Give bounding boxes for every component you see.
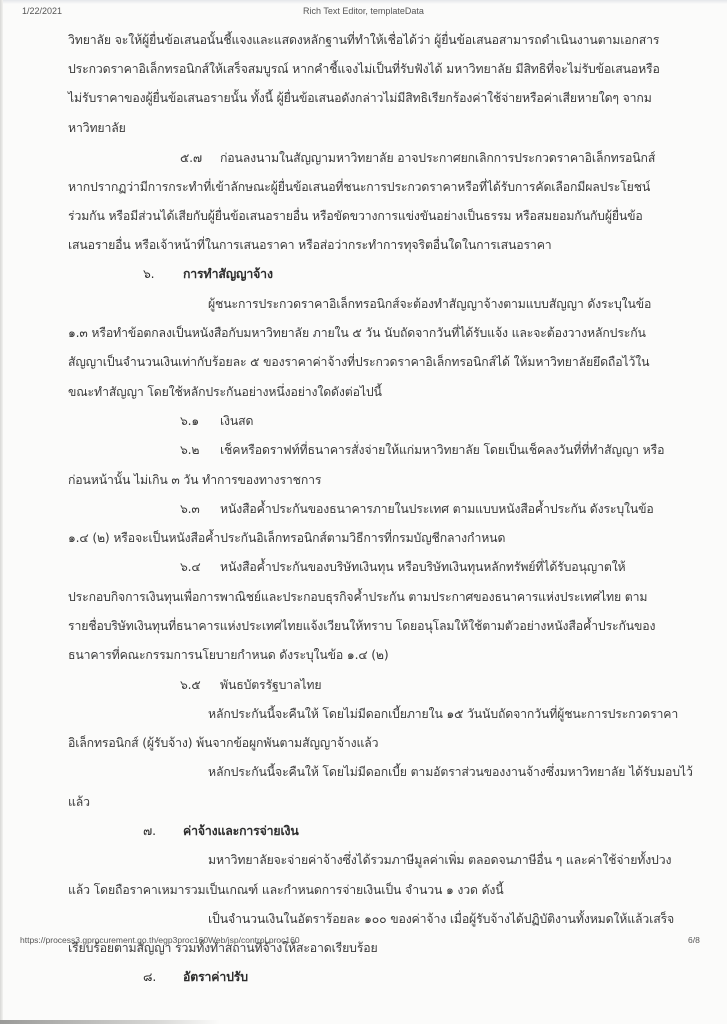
clause-number: ๗. bbox=[143, 823, 183, 839]
clause-number: ๖. bbox=[143, 266, 183, 282]
line-text: เงินสด bbox=[220, 414, 253, 428]
line-text: ขณะทำสัญญา โดยใช้หลักประกันอย่างหนึ่งอย่… bbox=[68, 385, 382, 399]
clause-number: ๖.๓ bbox=[180, 501, 220, 517]
line-text: หนังสือค้ำประกันของบริษัทเงินทุน หรือบริ… bbox=[220, 560, 626, 574]
text-line: เสนอรายอื่น หรือเจ้าหน้าที่ในการเสนอราคา… bbox=[68, 237, 552, 253]
line-text: มหาวิทยาลัยจะจ่ายค่าจ้างซึ่งได้รวมภาษีมู… bbox=[208, 853, 671, 867]
text-line: มหาวิทยาลัยจะจ่ายค่าจ้างซึ่งได้รวมภาษีมู… bbox=[208, 852, 671, 868]
text-line: ๖.๔หนังสือค้ำประกันของบริษัทเงินทุน หรือ… bbox=[180, 559, 626, 575]
line-text: เป็นจำนวนเงินในอัตราร้อยละ ๑๐๐ ของค่าจ้า… bbox=[208, 912, 674, 926]
text-line: ผู้ชนะการประกวดราคาอิเล็กทรอนิกส์จะต้องท… bbox=[208, 296, 651, 312]
text-line: ธนาคารที่คณะกรรมการนโยบายกำหนด ดังระบุใน… bbox=[68, 647, 389, 663]
line-text: ไม่รับราคาของผู้ยื่นข้อเสนอรายนั้น ทั้งน… bbox=[68, 91, 652, 105]
line-text: แล้ว bbox=[68, 795, 90, 809]
line-text: อัตราค่าปรับ bbox=[183, 970, 248, 984]
text-line: เป็นจำนวนเงินในอัตราร้อยละ ๑๐๐ ของค่าจ้า… bbox=[208, 911, 674, 927]
line-text: หนังสือค้ำประกันของธนาคารภายในประเทศ ตาม… bbox=[220, 502, 654, 516]
text-line: ๖.๒เช็คหรือดราฟท์ที่ธนาคารสั่งจ่ายให้แก่… bbox=[180, 442, 664, 458]
print-footer-url: https://process3.gprocurement.go.th/egp3… bbox=[20, 935, 300, 945]
page-number: 6/8 bbox=[688, 935, 700, 945]
clause-number: ๖.๑ bbox=[180, 413, 220, 429]
line-text: หลักประกันนี้จะคืนให้ โดยไม่มีดอกเบี้ย ต… bbox=[208, 765, 693, 779]
scan-left-edge bbox=[0, 0, 3, 1024]
text-line: วิทยาลัย จะให้ผู้ยื่นข้อเสนอนั้นชี้แจงแล… bbox=[68, 32, 659, 48]
text-line: แล้ว bbox=[68, 794, 90, 810]
scan-artifact bbox=[0, 1020, 220, 1024]
clause-number: ๘. bbox=[143, 969, 183, 985]
line-text: ๑.๓ หรือทำข้อตกลงเป็นหนังสือกับมหาวิทยาล… bbox=[68, 326, 646, 340]
line-text: หากปรากฏว่ามีการกระทำที่เข้าลักษณะผู้ยื่… bbox=[68, 180, 650, 194]
line-text: หลักประกันนี้จะคืนให้ โดยไม่มีดอกเบี้ยภา… bbox=[208, 707, 678, 721]
text-line: หาวิทยาลัย bbox=[68, 120, 126, 136]
line-text: การทำสัญญาจ้าง bbox=[183, 267, 273, 281]
line-text: ประกอบกิจการเงินทุนเพื่อการพาณิชย์และประ… bbox=[68, 590, 647, 604]
line-text: รายชื่อบริษัทเงินทุนที่ธนาคารแห่งประเทศไ… bbox=[68, 619, 655, 633]
scan-top-edge bbox=[0, 0, 727, 4]
text-line: สัญญาเป็นจำนวนเงินเท่ากับร้อยละ ๕ ของราค… bbox=[68, 354, 649, 370]
line-text: ธนาคารที่คณะกรรมการนโยบายกำหนด ดังระบุใน… bbox=[68, 648, 389, 662]
line-text: ก่อนหน้านั้น ไม่เกิน ๓ วัน ทำการของทางรา… bbox=[68, 473, 321, 487]
line-text: วิทยาลัย จะให้ผู้ยื่นข้อเสนอนั้นชี้แจงแล… bbox=[68, 33, 659, 47]
line-text: ร่วมกัน หรือมีส่วนได้เสียกับผู้ยื่นข้อเส… bbox=[68, 209, 643, 223]
section-heading: ๖.การทำสัญญาจ้าง bbox=[143, 266, 273, 282]
print-header-title: Rich Text Editor, templateData bbox=[0, 6, 727, 16]
clause-number: ๖.๒ bbox=[180, 442, 220, 458]
line-text: พันธบัตรรัฐบาลไทย bbox=[220, 678, 321, 692]
text-line: หากปรากฏว่ามีการกระทำที่เข้าลักษณะผู้ยื่… bbox=[68, 179, 650, 195]
section-heading: ๗.ค่าจ้างและการจ่ายเงิน bbox=[143, 823, 299, 839]
text-line: ประกอบกิจการเงินทุนเพื่อการพาณิชย์และประ… bbox=[68, 589, 647, 605]
section-heading: ๘.อัตราค่าปรับ bbox=[143, 969, 248, 985]
line-text: ๑.๔ (๒) หรือจะเป็นหนังสือค้ำประกันอิเล็ก… bbox=[68, 531, 505, 545]
text-line: ๑.๔ (๒) หรือจะเป็นหนังสือค้ำประกันอิเล็ก… bbox=[68, 530, 505, 546]
text-line: หลักประกันนี้จะคืนให้ โดยไม่มีดอกเบี้ยภา… bbox=[208, 706, 678, 722]
text-line: ๖.๕พันธบัตรรัฐบาลไทย bbox=[180, 677, 321, 693]
text-line: ร่วมกัน หรือมีส่วนได้เสียกับผู้ยื่นข้อเส… bbox=[68, 208, 643, 224]
text-line: ๕.๗ก่อนลงนามในสัญญามหาวิทยาลัย อาจประกาศ… bbox=[180, 150, 655, 166]
line-text: ค่าจ้างและการจ่ายเงิน bbox=[183, 824, 299, 838]
text-line: ๖.๑เงินสด bbox=[180, 413, 253, 429]
text-line: ไม่รับราคาของผู้ยื่นข้อเสนอรายนั้น ทั้งน… bbox=[68, 90, 652, 106]
text-line: ก่อนหน้านั้น ไม่เกิน ๓ วัน ทำการของทางรา… bbox=[68, 472, 321, 488]
clause-number: ๕.๗ bbox=[180, 150, 220, 166]
line-text: ประกวดราคาอิเล็กทรอนิกส์ให้เสร็จสมบูรณ์ … bbox=[68, 62, 660, 76]
text-line: แล้ว โดยถือราคาเหมารวมเป็นเกณฑ์ และกำหนด… bbox=[68, 882, 504, 898]
clause-number: ๖.๕ bbox=[180, 677, 220, 693]
text-line: หลักประกันนี้จะคืนให้ โดยไม่มีดอกเบี้ย ต… bbox=[208, 764, 693, 780]
line-text: เสนอรายอื่น หรือเจ้าหน้าที่ในการเสนอราคา… bbox=[68, 238, 552, 252]
text-line: รายชื่อบริษัทเงินทุนที่ธนาคารแห่งประเทศไ… bbox=[68, 618, 655, 634]
text-line: ขณะทำสัญญา โดยใช้หลักประกันอย่างหนึ่งอย่… bbox=[68, 384, 382, 400]
line-text: ผู้ชนะการประกวดราคาอิเล็กทรอนิกส์จะต้องท… bbox=[208, 297, 651, 311]
line-text: สัญญาเป็นจำนวนเงินเท่ากับร้อยละ ๕ ของราค… bbox=[68, 355, 649, 369]
text-line: ประกวดราคาอิเล็กทรอนิกส์ให้เสร็จสมบูรณ์ … bbox=[68, 61, 660, 77]
line-text: อิเล็กทรอนิกส์ (ผู้รับจ้าง) พ้นจากข้อผูก… bbox=[68, 736, 378, 750]
line-text: แล้ว โดยถือราคาเหมารวมเป็นเกณฑ์ และกำหนด… bbox=[68, 883, 504, 897]
text-line: ๖.๓หนังสือค้ำประกันของธนาคารภายในประเทศ … bbox=[180, 501, 654, 517]
line-text: หาวิทยาลัย bbox=[68, 121, 126, 135]
clause-number: ๖.๔ bbox=[180, 559, 220, 575]
text-line: ๑.๓ หรือทำข้อตกลงเป็นหนังสือกับมหาวิทยาล… bbox=[68, 325, 646, 341]
line-text: เช็คหรือดราฟท์ที่ธนาคารสั่งจ่ายให้แก่มหา… bbox=[220, 443, 664, 457]
text-line: อิเล็กทรอนิกส์ (ผู้รับจ้าง) พ้นจากข้อผูก… bbox=[68, 735, 378, 751]
line-text: ก่อนลงนามในสัญญามหาวิทยาลัย อาจประกาศยกเ… bbox=[220, 151, 655, 165]
